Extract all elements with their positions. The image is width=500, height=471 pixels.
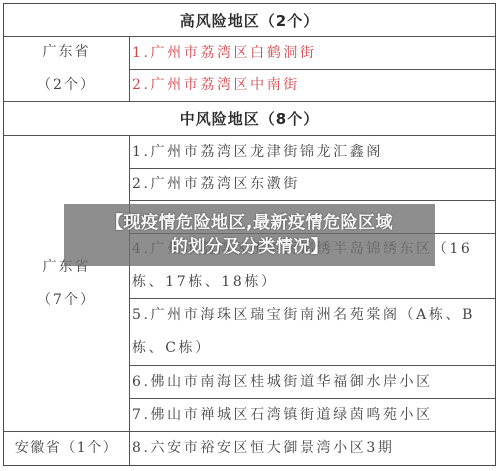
area-text: 6.佛山市南海区桂城街道华福御水岸小区 [132, 366, 495, 399]
province-cell-anhui: 安徽省（1个） [4, 432, 130, 465]
area-text: 1.广州市荔湾区白鹤洞街 [132, 37, 495, 70]
area-text: 2.广州市荔湾区东漖街 [132, 169, 495, 201]
high-risk-header: 高风险地区（2个） [4, 4, 495, 37]
area-text-cont: 栋、17栋、18栋） [132, 266, 495, 299]
area-text: 2.广州市荔湾区中南街 [132, 70, 495, 102]
high-risk-area-2: 2.广州市荔湾区中南街 [130, 70, 495, 102]
area-text: 7.佛山市禅城区石湾镇街道绿茵鸣苑小区 [132, 399, 495, 432]
high-risk-area-1: 1.广州市荔湾区白鹤洞街 [130, 37, 495, 70]
medium-risk-area-7: 7.佛山市禅城区石湾镇街道绿茵鸣苑小区 [130, 399, 495, 432]
area-text: 8.六安市裕安区恒大御景湾小区3期 [132, 432, 495, 465]
medium-risk-area-6: 6.佛山市南海区桂城街道华福御水岸小区 [130, 366, 495, 399]
medium-risk-area-1: 1.广州市荔湾区龙津街锦龙汇鑫阁 [130, 136, 495, 169]
province-name: 安徽省（1个） [15, 432, 118, 465]
area-text: 5.广州市海珠区瑞宝街南洲名苑棠阁（A栋、B [132, 299, 495, 332]
medium-risk-area-5: 5.广州市海珠区瑞宝街南洲名苑棠阁（A栋、B 栋、C栋） [130, 299, 495, 366]
medium-risk-area-2: 2.广州市荔湾区东漖街 [130, 169, 495, 201]
province-cell-guangdong-medium: 广东省 （7个） [4, 136, 130, 432]
province-count: （2个） [37, 69, 96, 102]
province-count: （7个） [37, 284, 96, 317]
province-cell-guangdong-high: 广东省 （2个） [4, 37, 130, 102]
province-name: 广东省 [43, 36, 91, 69]
medium-risk-header: 中风险地区（8个） [4, 102, 495, 136]
overlay-title-line1: 【现疫情危险地区,最新疫情危险区域 [106, 211, 393, 235]
area-text: 1.广州市荔湾区龙津街锦龙汇鑫阁 [132, 136, 495, 169]
title-overlay-banner: 【现疫情危险地区,最新疫情危险区域 的划分及分类情况】 [64, 204, 435, 266]
area-text-cont: 栋、C栋） [132, 332, 495, 365]
medium-risk-area-8: 8.六安市裕安区恒大御景湾小区3期 [130, 432, 495, 465]
overlay-title-line2: 的划分及分类情况】 [171, 235, 329, 259]
